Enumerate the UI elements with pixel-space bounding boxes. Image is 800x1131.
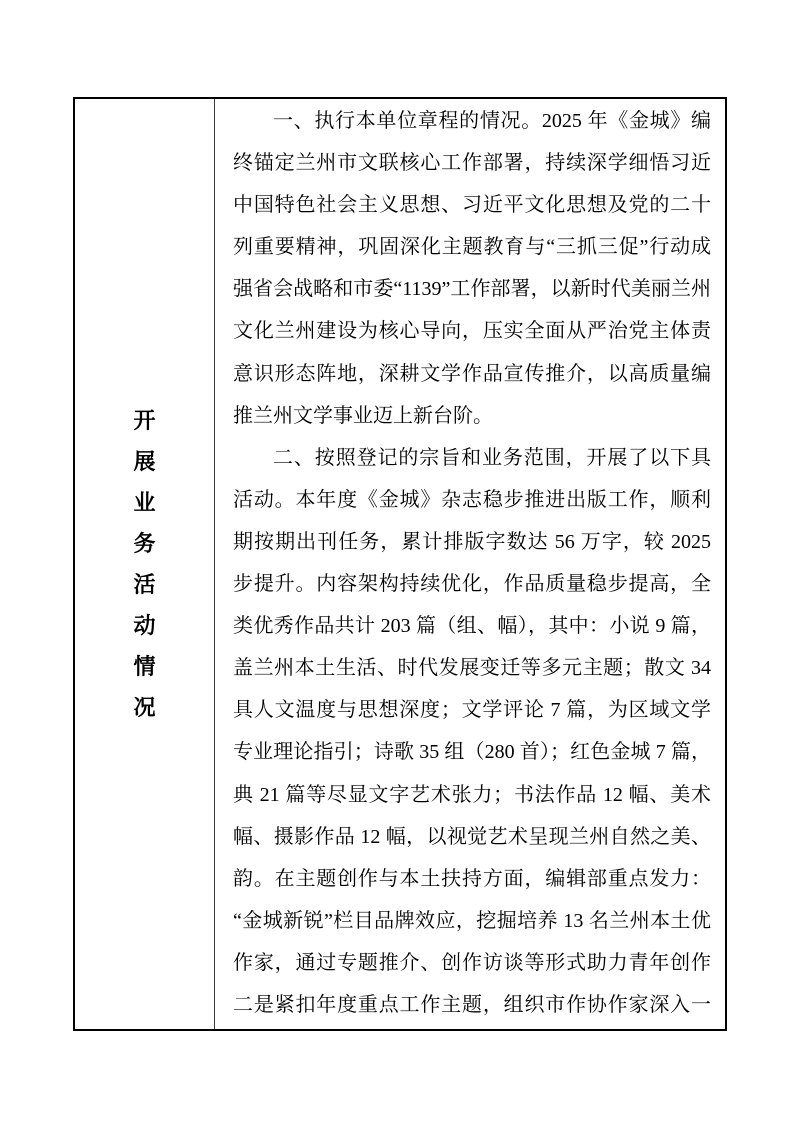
row-header-char: 业: [133, 492, 155, 514]
row-header-char: 务: [133, 533, 155, 555]
row-header-cell: 开 展 业 务 活 动 情 况: [75, 99, 215, 1029]
row-header-char: 展: [133, 451, 155, 473]
text-line: 期按期出刊任务，累计排版字数达 56 万字，较 2025 年实现稳: [233, 521, 711, 563]
text-line: 作家，通过专题推介、创作访谈等形式助力青年创作者成长；: [233, 942, 711, 984]
text-line: 一、执行本单位章程的情况。2025 年《金城》编辑部始: [233, 100, 711, 142]
row-header-char: 开: [133, 410, 155, 432]
text-line: 强省会战略和市委“1139”工作部署，以新时代美丽兰州建设、: [233, 268, 711, 310]
row-header-char: 况: [133, 697, 155, 719]
text-line: 典 21 篇等尽显文字艺术张力；书法作品 12 幅、美术作品 18: [233, 774, 711, 816]
text-line: 文化兰州建设为核心导向，压实全面从严治党主体责任，严守: [233, 310, 711, 352]
text-line: 二是紧扣年度重点工作主题，组织市作协作家深入一线采访创: [233, 984, 711, 1026]
text-line: 具人文温度与思想深度；文学评论 7 篇，为区域文学创作提供: [233, 689, 711, 731]
text-line: 幅、摄影作品 12 幅，以视觉艺术呈现兰州自然之美、人文之: [233, 816, 711, 858]
activity-content-cell: 一、执行本单位章程的情况。2025 年《金城》编辑部始 终锚定兰州市文联核心工作…: [215, 99, 725, 1029]
row-header-char: 情: [133, 656, 155, 678]
text-line: 中国特色社会主义思想、习近平文化思想及党的二十大以来系: [233, 184, 711, 226]
text-line: 专业理论指引；诗歌 35 组（280 首）；红色金城 7 篇，中外经: [233, 731, 711, 773]
text-line: 终锚定兰州市文联核心工作部署，持续深学细悟习近平新时代: [233, 142, 711, 184]
text-line: 推兰州文学事业迈上新台阶。: [233, 395, 711, 437]
text-line: 列重要精神，巩固深化主题教育与“三抓三促”行动成果，紧扣: [233, 226, 711, 268]
row-header-char: 活: [133, 574, 155, 596]
row-header-char: 动: [133, 615, 155, 637]
text-line: 活动。本年度《金城》杂志稳步推进出版工作，顺利完成 6: [233, 479, 711, 521]
document-page: 开 展 业 务 活 动 情 况 一、执行本单位章程的情况。2025 年《金城》编…: [0, 0, 800, 1131]
text-line: 二、按照登记的宗旨和业务范围，开展了以下具体的业务: [233, 437, 711, 479]
business-activity-table: 开 展 业 务 活 动 情 况 一、执行本单位章程的情况。2025 年《金城》编…: [73, 97, 727, 1031]
text-line: 盖兰州本土生活、时代发展变迁等多元主题；散文 34 篇，兼: [233, 647, 711, 689]
text-line: 类优秀作品共计 203 篇（组、幅），其中：小说 9 篇，题材涵: [233, 605, 711, 647]
text-line: “金城新锐”栏目品牌效应，挖掘培养 13 名兰州本土优秀青年: [233, 900, 711, 942]
text-line: 意识形态阵地，深耕文学作品宣传推介，以高质量编辑工作助: [233, 353, 711, 395]
text-line: 步提升。内容架构持续优化，作品质量稳步提高，全年刊发各: [233, 563, 711, 605]
text-line: 韵。在主题创作与本土扶持方面，编辑部重点发力：一是延续: [233, 858, 711, 900]
